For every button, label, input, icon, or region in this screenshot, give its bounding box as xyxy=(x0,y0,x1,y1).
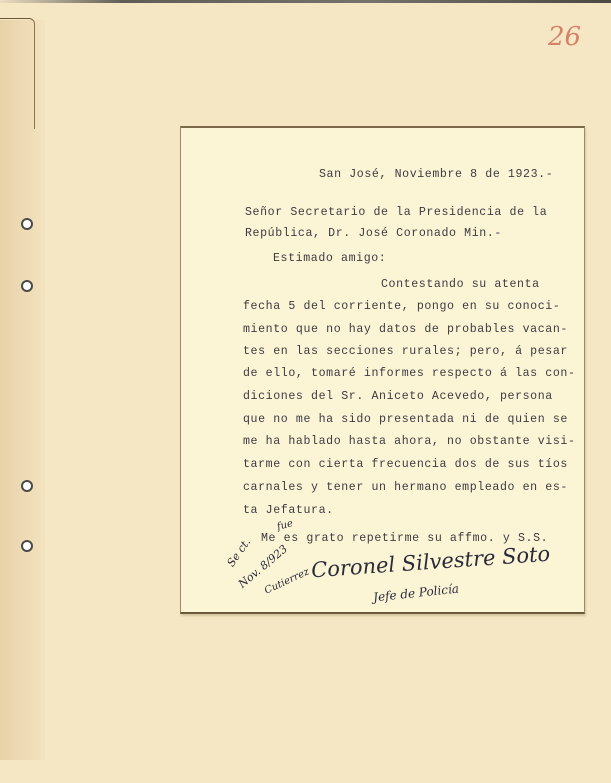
closing-line: Me es grato repetirme su affmo. y S.S. xyxy=(261,532,548,545)
addressee-line: República, Dr. José Coronado Min.- xyxy=(245,227,502,240)
signature: Coronel Silvestre Soto xyxy=(310,542,550,583)
torn-corner-edge xyxy=(0,18,35,129)
body-line: ta Jefatura. xyxy=(243,504,334,517)
signature-title: Jefe de Policía xyxy=(373,582,460,605)
body-line: Contestando su atenta xyxy=(381,278,540,291)
scan-top-edge xyxy=(0,0,611,3)
margin-annotation: Se ct. xyxy=(224,536,253,569)
body-line: tes en las secciones rurales; pero, á pe… xyxy=(243,345,568,358)
handwritten-insert: fue xyxy=(276,518,294,533)
addressee-line: Señor Secretario de la Presidencia de la xyxy=(245,206,547,219)
body-line: carnales y tener un hermano empleado en … xyxy=(243,481,568,494)
page-number: 26 xyxy=(548,22,581,52)
punch-hole xyxy=(21,540,33,552)
punch-hole xyxy=(21,280,33,292)
body-line: que no me ha sido presentada ni de quien… xyxy=(243,413,568,426)
body-line: me ha hablado hasta ahora, no obstante v… xyxy=(243,435,576,448)
letter-sheet: San José, Noviembre 8 de 1923.- Señor Se… xyxy=(180,126,585,614)
body-line: miento que no hay datos de probables vac… xyxy=(243,323,568,336)
salutation: Estimado amigo: xyxy=(273,252,386,265)
body-line: tarme con cierta frecuencia dos de sus t… xyxy=(243,458,568,471)
punch-hole xyxy=(21,480,33,492)
body-line: fecha 5 del corriente, pongo en su conoc… xyxy=(243,300,560,313)
margin-annotation: Cutierrez xyxy=(263,566,311,596)
date-line: San José, Noviembre 8 de 1923.- xyxy=(319,168,553,181)
punch-hole xyxy=(21,218,33,230)
body-line: diciones del Sr. Aniceto Acevedo, person… xyxy=(243,390,553,403)
binding-stain xyxy=(0,20,45,760)
body-line: de ello, tomaré informes respecto á las … xyxy=(243,367,576,380)
